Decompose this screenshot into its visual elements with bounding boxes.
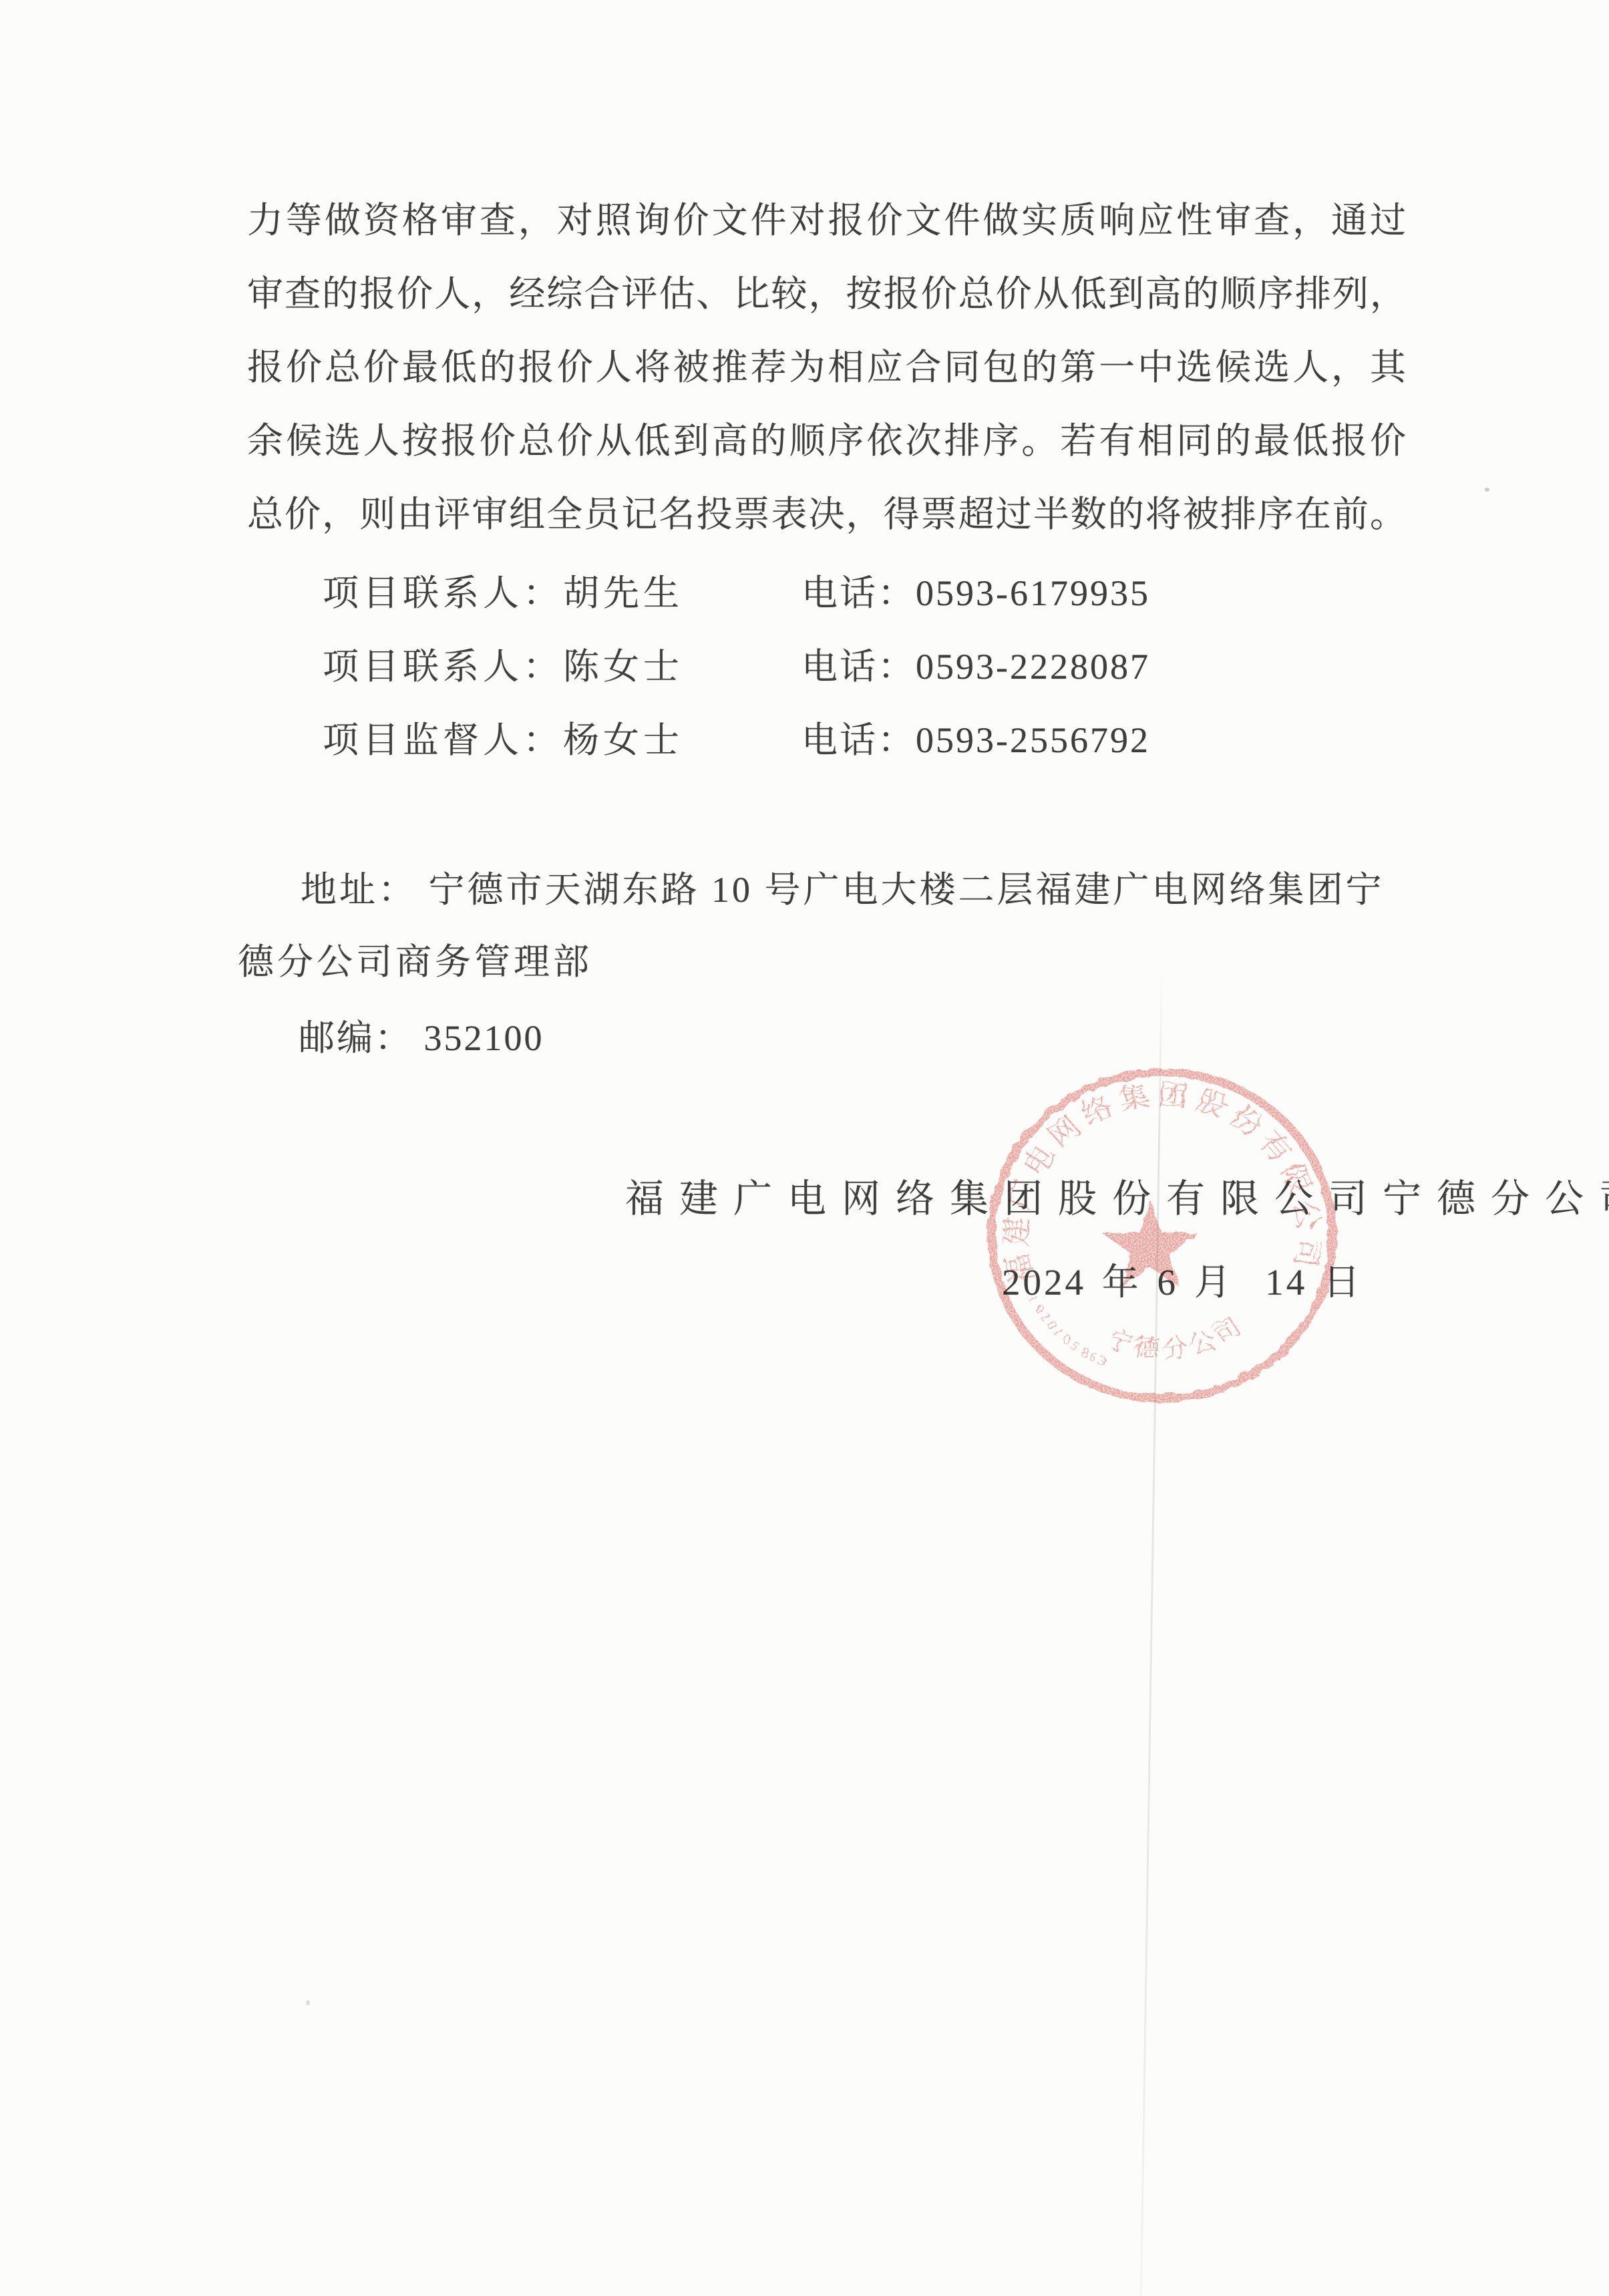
postal-code-line: 邮编： 352100 [299,1001,544,1075]
contact-person-label: 项目监督人：杨女士 [323,703,683,777]
seal-bottom-text: 宁德分公司 [1103,1311,1250,1365]
paragraph-line: 审查的报价人，经综合评估、比较，按报价总价从低到高的顺序排列， [247,257,1407,331]
contact-phone: 电话：0593-6179935 [801,556,1150,630]
contact-row: 项目联系人：胡先生 电话：0593-6179935 [0,556,1609,630]
phone-number: 0593-2228087 [916,647,1150,687]
scan-speck [306,2000,310,2005]
phone-label: 电话： [801,573,916,613]
scanned-document-page: 力等做资格审查，对照询价文件对报价文件做实质响应性审查，通过 审查的报价人，经综… [0,0,1609,2296]
scan-speck [1485,488,1489,492]
phone-label: 电话： [801,720,916,760]
contact-phone: 电话：0593-2556792 [801,703,1150,777]
contact-row: 项目监督人：杨女士 电话：0593-2556792 [0,703,1609,777]
svg-text:1020105863: 1020105863 [1025,1293,1112,1371]
paragraph-line: 力等做资格审查，对照询价文件对报价文件做实质响应性审查，通过 [247,184,1407,257]
phone-label: 电话： [801,647,916,687]
company-seal: 福建广电网络集团股份有限公司 宁德分公司 1020105863 [982,1062,1342,1406]
address-line: 德分公司商务管理部 [238,925,592,999]
contact-row: 项目联系人：陈女士 电话：0593-2228087 [0,630,1609,703]
seal-serial-number: 1020105863 [1025,1293,1112,1371]
paragraph-line: 报价总价最低的报价人将被推荐为相应合同包的第一中选候选人，其 [247,331,1407,404]
contact-person-label: 项目联系人：胡先生 [323,556,683,630]
paragraph-line: 余候选人按报价总价从低到高的顺序依次排序。若有相同的最低报价 [247,404,1407,478]
address-line: 地址： 宁德市天湖东路 10 号广电大楼二层福建广电网络集团宁 [301,853,1385,927]
phone-number: 0593-6179935 [916,573,1150,613]
paragraph-line: 总价，则由评审组全员记名投票表决，得票超过半数的将被排序在前。 [247,478,1407,551]
svg-text:宁德分公司: 宁德分公司 [1103,1311,1250,1365]
contact-person-label: 项目联系人：陈女士 [323,630,683,703]
phone-number: 0593-2556792 [916,720,1150,760]
contact-phone: 电话：0593-2228087 [801,630,1150,703]
star-icon [1102,1200,1198,1287]
